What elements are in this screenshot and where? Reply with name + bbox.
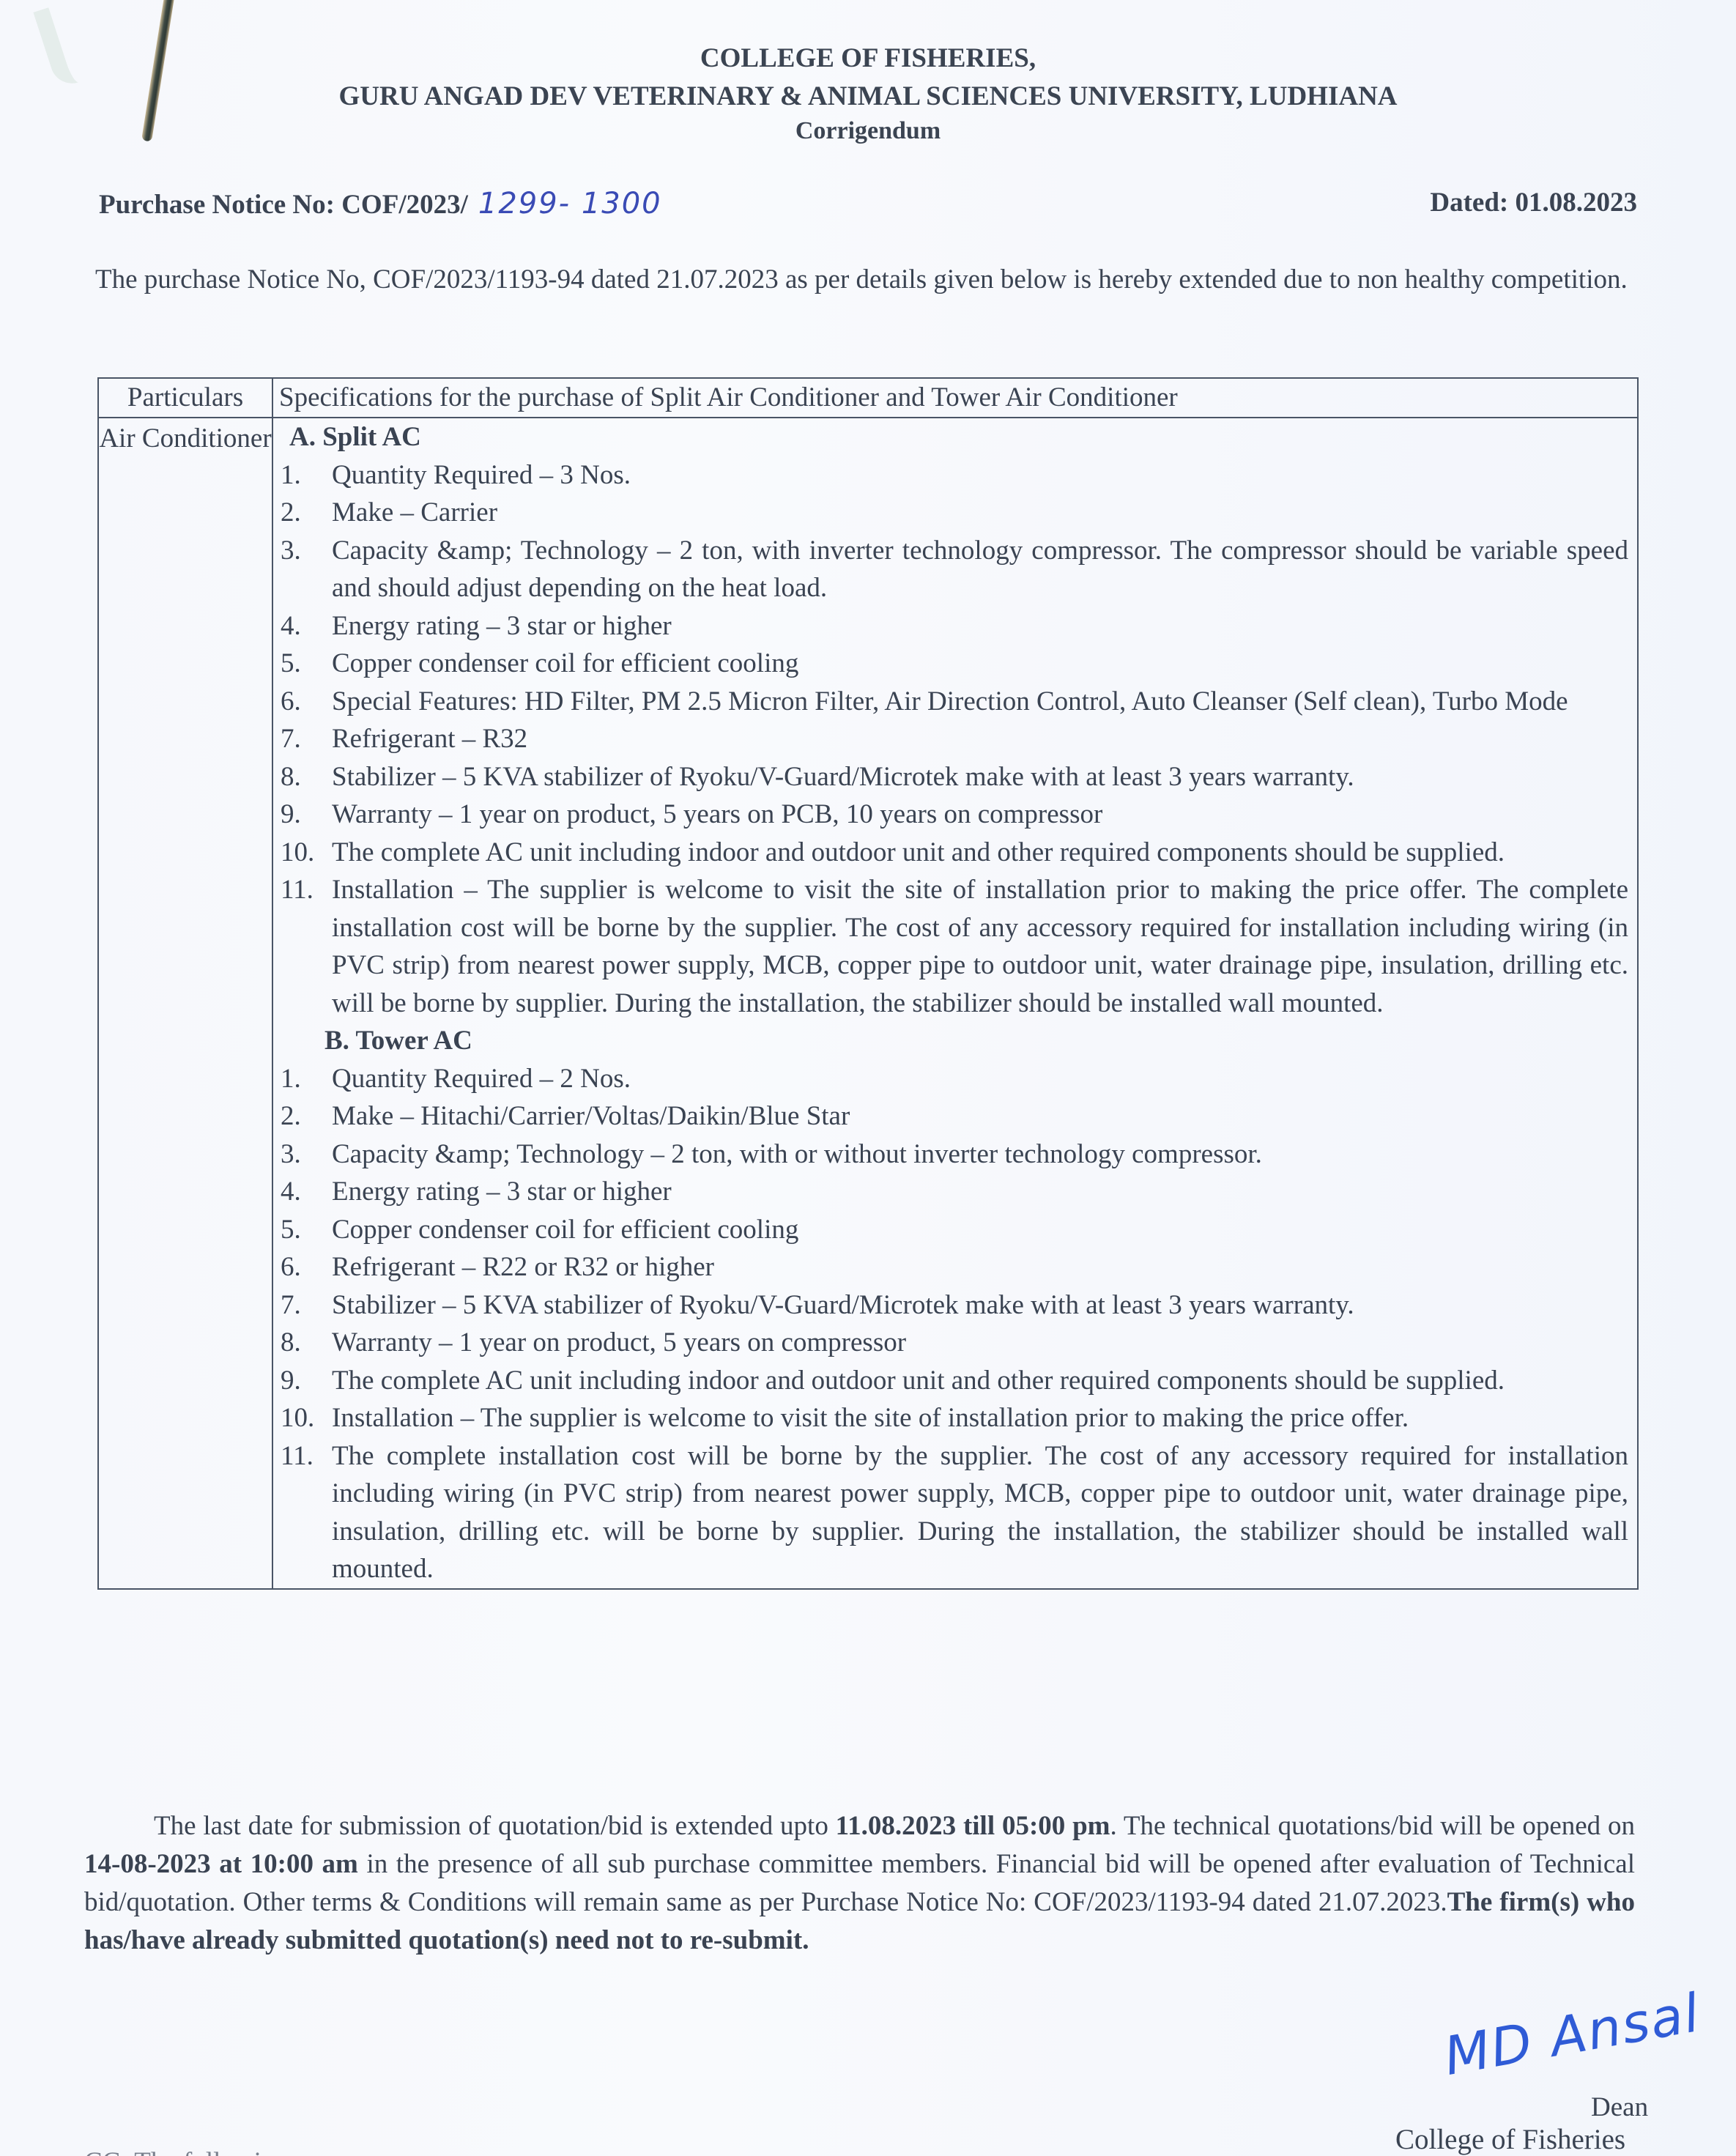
list-item: 10.Installation – The supplier is welcom…	[281, 1399, 1628, 1437]
cc-line-partial: CC: The following...	[84, 2146, 309, 2156]
item-text: Special Features: HD Filter, PM 2.5 Micr…	[332, 683, 1628, 721]
opening-date: 14-08-2023 at 10:00 am	[84, 1849, 358, 1879]
list-item: 11.The complete installation cost will b…	[281, 1437, 1628, 1588]
document-type: Corrigendum	[0, 117, 1736, 145]
list-item: 1.Quantity Required – 2 Nos.	[281, 1060, 1628, 1098]
section-title: B. Tower AC	[281, 1022, 1628, 1060]
item-number: 9.	[281, 1362, 332, 1400]
item-text: Refrigerant – R32	[332, 720, 1628, 758]
item-text: The complete installation cost will be b…	[332, 1437, 1628, 1588]
list-item: 9.The complete AC unit including indoor …	[281, 1362, 1628, 1400]
item-text: Copper condenser coil for efficient cool…	[332, 1211, 1628, 1249]
item-number: 5.	[281, 645, 332, 683]
list-item: 5.Copper condenser coil for efficient co…	[281, 645, 1628, 683]
item-number: 5.	[281, 1211, 332, 1249]
list-item: 8.Stabilizer – 5 KVA stabilizer of Ryoku…	[281, 758, 1628, 796]
header-specifications: Specifications for the purchase of Split…	[272, 378, 1638, 418]
item-number: 4.	[281, 1173, 332, 1211]
notice-number: Purchase Notice No: COF/2023/1299- 1300	[99, 187, 662, 221]
item-number: 2.	[281, 1097, 332, 1136]
item-number: 3.	[281, 532, 332, 607]
closing-paragraph: The last date for submission of quotatio…	[84, 1807, 1635, 1960]
spec-list: 1.Quantity Required – 3 Nos.2.Make – Car…	[281, 456, 1628, 1023]
item-text: Installation – The supplier is welcome t…	[332, 1399, 1628, 1437]
spec-cell: A. Split AC1.Quantity Required – 3 Nos.2…	[272, 418, 1638, 1589]
list-item: 11.Installation – The supplier is welcom…	[281, 871, 1628, 1022]
list-item: 6.Refrigerant – R22 or R32 or higher	[281, 1248, 1628, 1286]
item-text: Capacity &amp; Technology – 2 ton, with …	[332, 1136, 1628, 1174]
item-number: 11.	[281, 871, 332, 1022]
list-item: 6.Special Features: HD Filter, PM 2.5 Mi…	[281, 683, 1628, 721]
item-number: 6.	[281, 1248, 332, 1286]
item-number: 8.	[281, 1324, 332, 1362]
handwritten-number: 1299- 1300	[478, 187, 662, 221]
college-name: COLLEGE OF FISHERIES,	[0, 42, 1736, 74]
list-item: 2.Make – Hitachi/Carrier/Voltas/Daikin/B…	[281, 1097, 1628, 1136]
item-text: Refrigerant – R22 or R32 or higher	[332, 1248, 1628, 1286]
signatory-title: Dean	[1591, 2092, 1648, 2123]
item-text: Warranty – 1 year on product, 5 years on…	[332, 1324, 1628, 1362]
notice-date: Dated: 01.08.2023	[1430, 187, 1637, 218]
item-number: 10.	[281, 834, 332, 872]
intro-paragraph: The purchase Notice No, COF/2023/1193-94…	[95, 258, 1637, 302]
item-text: Installation – The supplier is welcome t…	[332, 871, 1628, 1022]
item-number: 10.	[281, 1399, 332, 1437]
item-number: 3.	[281, 1136, 332, 1174]
item-number: 2.	[281, 494, 332, 532]
item-text: Capacity &amp; Technology – 2 ton, with …	[332, 532, 1628, 607]
item-number: 7.	[281, 1286, 332, 1325]
item-text: The complete AC unit including indoor an…	[332, 1362, 1628, 1400]
item-number: 1.	[281, 456, 332, 494]
particular-cell: Air Conditioner	[98, 418, 272, 1589]
item-text: Copper condenser coil for efficient cool…	[332, 645, 1628, 683]
item-number: 1.	[281, 1060, 332, 1098]
section-title: A. Split AC	[281, 418, 1628, 456]
list-item: 3.Capacity &amp; Technology – 2 ton, wit…	[281, 1136, 1628, 1174]
list-item: 9.Warranty – 1 year on product, 5 years …	[281, 796, 1628, 834]
item-text: Warranty – 1 year on product, 5 years on…	[332, 796, 1628, 834]
submission-deadline: 11.08.2023 till 05:00 pm	[836, 1811, 1110, 1841]
university-name: GURU ANGAD DEV VETERINARY & ANIMAL SCIEN…	[0, 81, 1736, 112]
list-item: 3.Capacity &amp; Technology – 2 ton, wit…	[281, 532, 1628, 607]
table-header-row: Particulars Specifications for the purch…	[98, 378, 1638, 418]
list-item: 10.The complete AC unit including indoor…	[281, 834, 1628, 872]
specifications-table: Particulars Specifications for the purch…	[97, 377, 1639, 1590]
item-text: Stabilizer – 5 KVA stabilizer of Ryoku/V…	[332, 1286, 1628, 1325]
item-number: 11.	[281, 1437, 332, 1588]
list-item: 1.Quantity Required – 3 Nos.	[281, 456, 1628, 494]
item-text: Make – Carrier	[332, 494, 1628, 532]
item-text: Quantity Required – 2 Nos.	[332, 1060, 1628, 1098]
list-item: 7.Stabilizer – 5 KVA stabilizer of Ryoku…	[281, 1286, 1628, 1325]
item-number: 4.	[281, 607, 332, 645]
header-particulars: Particulars	[98, 378, 272, 418]
item-text: Quantity Required – 3 Nos.	[332, 456, 1628, 494]
item-number: 9.	[281, 796, 332, 834]
list-item: 8.Warranty – 1 year on product, 5 years …	[281, 1324, 1628, 1362]
item-number: 7.	[281, 720, 332, 758]
list-item: 5.Copper condenser coil for efficient co…	[281, 1211, 1628, 1249]
notice-label: Purchase Notice No: COF/2023/	[99, 190, 468, 220]
item-text: The complete AC unit including indoor an…	[332, 834, 1628, 872]
signatory-office: College of Fisheries	[1395, 2123, 1625, 2156]
list-item: 4.Energy rating – 3 star or higher	[281, 607, 1628, 645]
list-item: 7.Refrigerant – R32	[281, 720, 1628, 758]
item-text: Make – Hitachi/Carrier/Voltas/Daikin/Blu…	[332, 1097, 1628, 1136]
closing-text-2: . The technical quotations/bid will be o…	[1110, 1811, 1636, 1841]
spec-list: 1.Quantity Required – 2 Nos.2.Make – Hit…	[281, 1060, 1628, 1588]
item-number: 8.	[281, 758, 332, 796]
item-text: Energy rating – 3 star or higher	[332, 1173, 1628, 1211]
item-number: 6.	[281, 683, 332, 721]
item-text: Stabilizer – 5 KVA stabilizer of Ryoku/V…	[332, 758, 1628, 796]
closing-text-1: The last date for submission of quotatio…	[154, 1811, 836, 1841]
list-item: 4.Energy rating – 3 star or higher	[281, 1173, 1628, 1211]
signature: MD Ansal	[1439, 1982, 1705, 2087]
list-item: 2.Make – Carrier	[281, 494, 1628, 532]
table-row: Air Conditioner A. Split AC1.Quantity Re…	[98, 418, 1638, 1589]
item-text: Energy rating – 3 star or higher	[332, 607, 1628, 645]
